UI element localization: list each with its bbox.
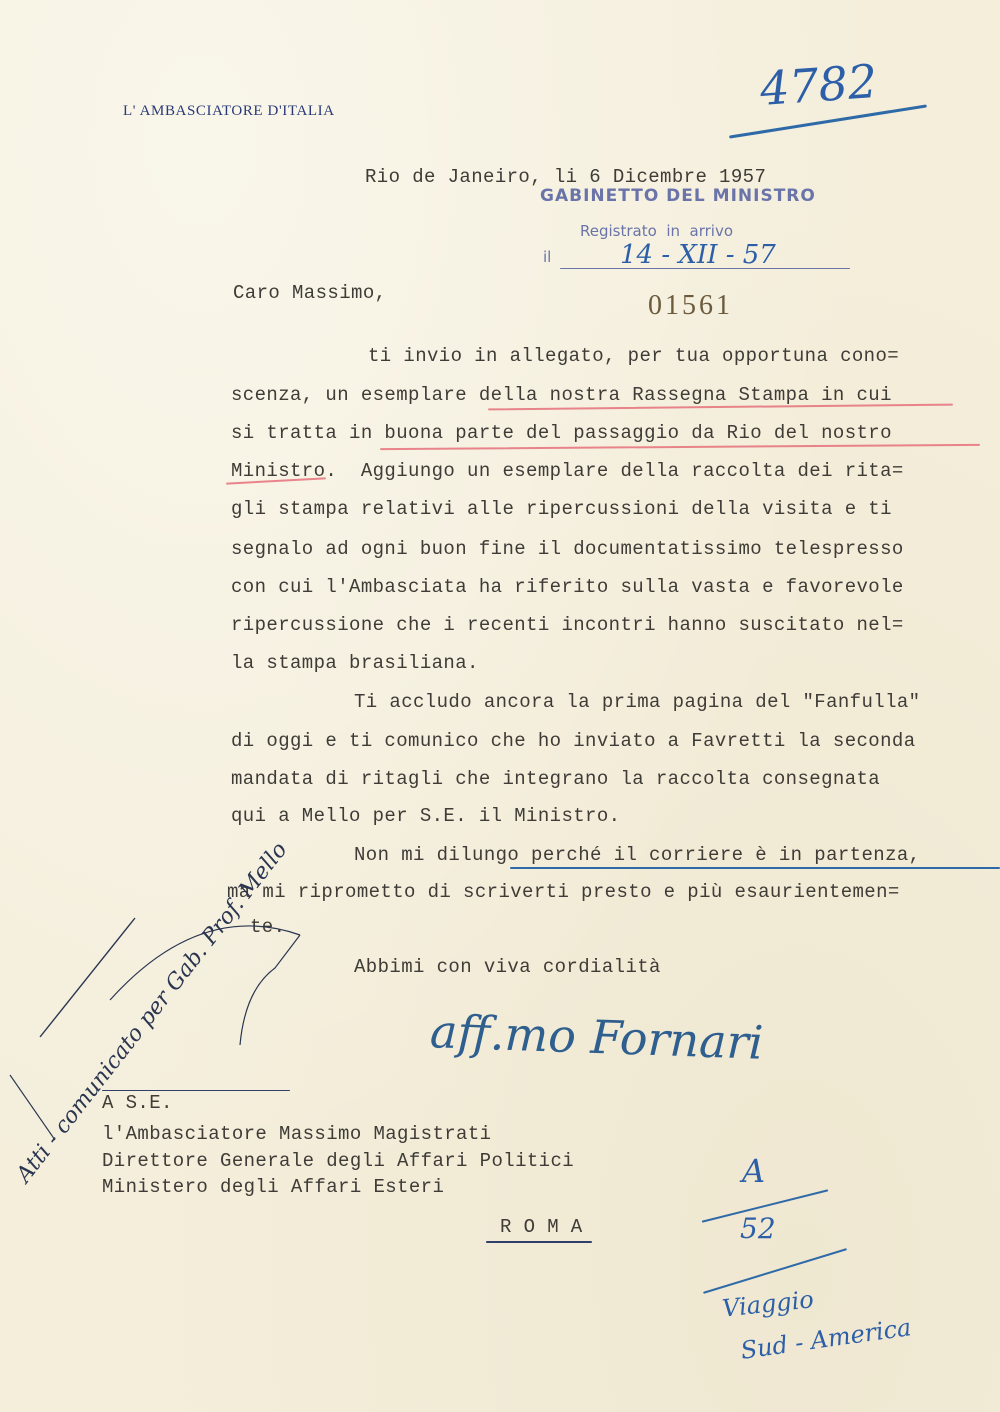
filing-number: 52 (740, 1212, 776, 1245)
body-line: qui a Mello per S.E. il Ministro. (231, 797, 620, 835)
letterhead: L' AMBASCIATORE D'ITALIA (123, 103, 335, 120)
stamp-received-date: 14 - XII - 57 (620, 240, 776, 270)
filing-subject: Viaggio (721, 1285, 815, 1322)
body-line: Ministro. Aggiungo un esemplare della ra… (231, 452, 904, 490)
body-line: ma mi riprometto di scriverti presto e p… (227, 873, 900, 911)
stamp-registered-label: Registrato in arrivo (580, 222, 733, 240)
body-line: te. (250, 908, 285, 946)
body-line: la stampa brasiliana. (231, 644, 479, 682)
body-line: Ti accludo ancora la prima pagina del "F… (354, 683, 921, 721)
closing: Abbimi con viva cordialità (354, 948, 661, 986)
stamp-office: GABINETTO DEL MINISTRO (540, 186, 816, 206)
recipient-line: Direttore Generale degli Affari Politici (102, 1147, 574, 1175)
blue-underline (510, 867, 1000, 869)
filing-rule (703, 1248, 847, 1294)
body-line: mandata di ritagli che integrano la racc… (231, 760, 880, 798)
stamp-il-label: il (543, 248, 551, 266)
body-line: ti invio in allegato, per tua opportuna … (368, 337, 899, 375)
body-line: gli stampa relativi alle ripercussioni d… (231, 490, 892, 528)
body-line: di oggi e ti comunico che ho inviato a F… (231, 722, 916, 760)
protocol-number: 01561 (648, 290, 733, 322)
signature: aff.mo Fornari (429, 1004, 764, 1070)
recipient-line: l'Ambasciatore Massimo Magistrati (102, 1120, 491, 1148)
filing-letter: A (742, 1152, 765, 1190)
handwritten-file-number: 4782 (758, 54, 879, 116)
stamp-date-line (560, 268, 850, 269)
body-line: ripercussione che i recenti incontri han… (231, 606, 904, 644)
body-line: segnalo ad ogni buon fine il documentati… (231, 530, 904, 568)
recipient-line: A S.E. (102, 1089, 173, 1117)
city-underline (486, 1241, 592, 1243)
body-line: con cui l'Ambasciata ha riferito sulla v… (231, 568, 904, 606)
recipient-line: Ministero degli Affari Esteri (102, 1173, 444, 1201)
recipient-city: R O M A (500, 1213, 583, 1241)
salutation: Caro Massimo, (233, 274, 386, 312)
filing-subject: Sud - America (739, 1313, 913, 1365)
